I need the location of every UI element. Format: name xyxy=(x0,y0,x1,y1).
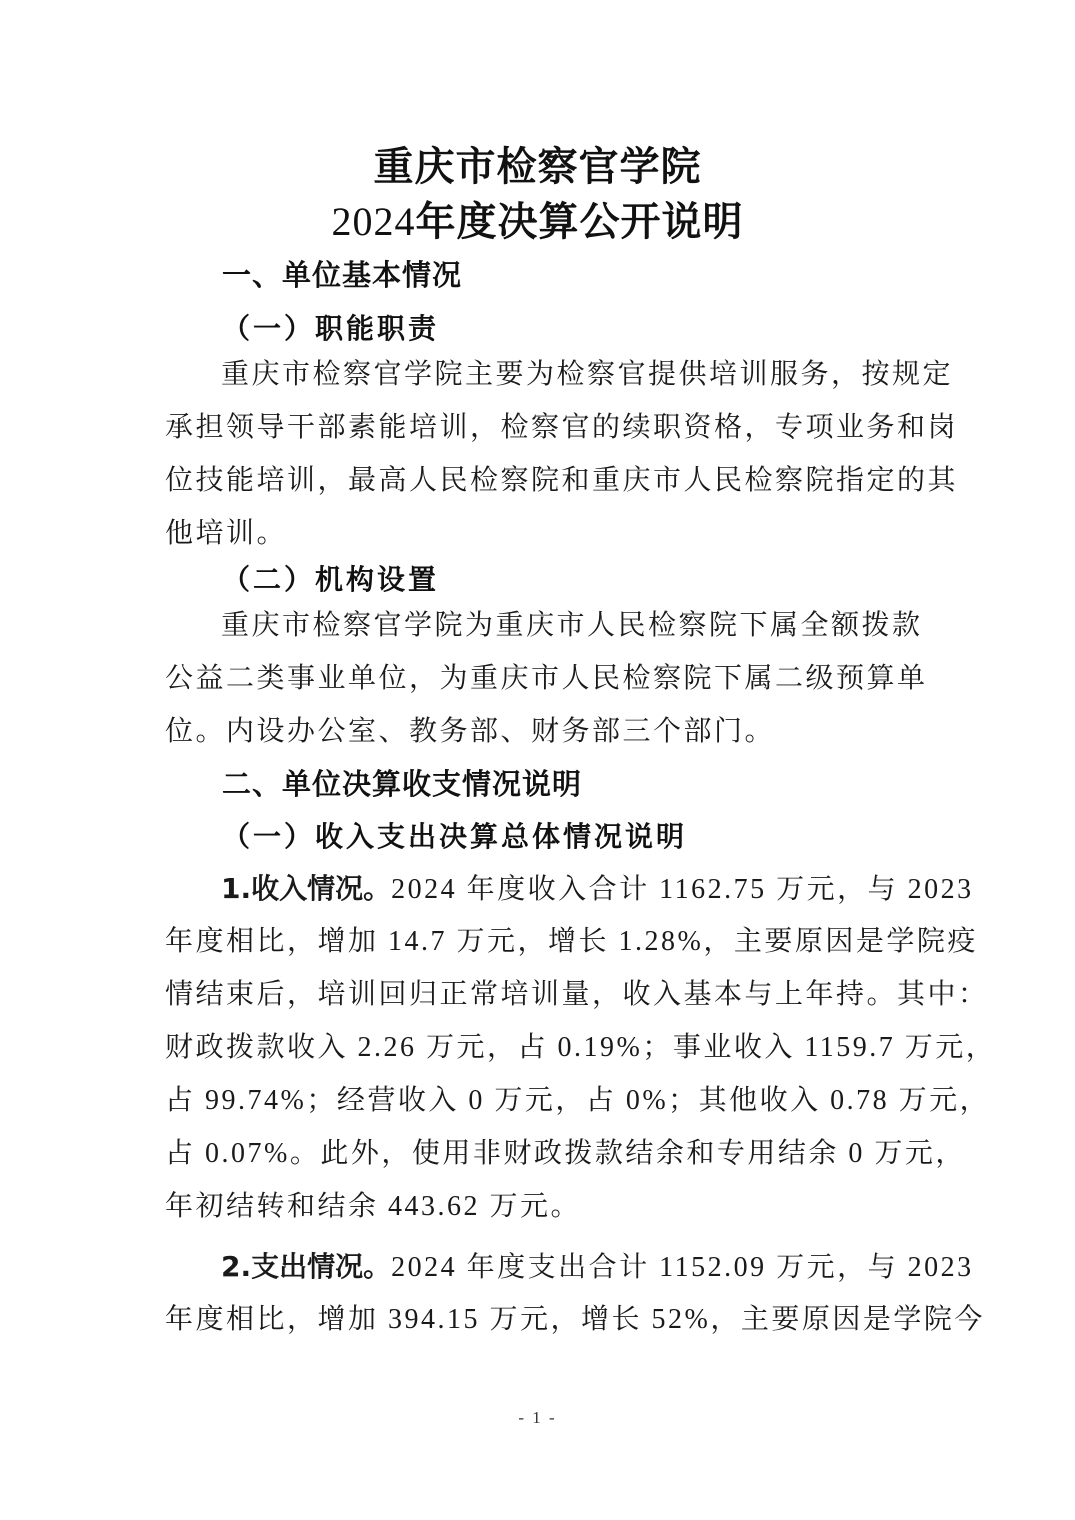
income-lead: 1.收入情况。 xyxy=(221,872,391,905)
section-2-heading: 二、单位决算收支情况说明 xyxy=(222,762,582,803)
expenditure-paragraph: 2.支出情况。2024 年度支出合计 1152.09 万元，与 2023 年度相… xyxy=(165,1240,913,1346)
paragraph-line: 他培训。 xyxy=(165,507,913,560)
paragraph-line: 2.支出情况。2024 年度支出合计 1152.09 万元，与 2023 xyxy=(165,1240,913,1293)
paragraph-line: 公益二类事业单位，为重庆市人民检察院下属二级预算单 xyxy=(165,652,913,705)
income-paragraph: 1.收入情况。2024 年度收入合计 1162.75 万元，与 2023 年度相… xyxy=(165,862,913,1233)
document-page: 重庆市检察官学院 2024年度决算公开说明 一、单位基本情况 （一）职能职责 重… xyxy=(0,0,1075,1520)
paragraph-line: 位。内设办公室、教务部、财务部三个部门。 xyxy=(165,705,913,758)
section-1-heading: 一、单位基本情况 xyxy=(222,253,462,294)
section-1-2-heading: （二）机构设置 xyxy=(222,558,439,598)
duties-paragraph: 重庆市检察官学院主要为检察官提供培训服务，按规定 承担领导干部素能培训，检察官的… xyxy=(165,348,913,560)
paragraph-line: 年初结转和结余 443.62 万元。 xyxy=(165,1180,913,1233)
paragraph-line: 位技能培训，最高人民检察院和重庆市人民检察院指定的其 xyxy=(165,454,913,507)
page-number: - 1 - xyxy=(0,1408,1075,1428)
paragraph-line: 年度相比，增加 394.15 万元，增长 52%，主要原因是学院今 xyxy=(165,1293,913,1346)
title-rest: 年度决算公开说明 xyxy=(416,199,744,244)
paragraph-line: 年度相比，增加 14.7 万元，增长 1.28%，主要原因是学院疫 xyxy=(165,915,913,968)
paragraph-line: 情结束后，培训回归正常培训量，收入基本与上年持。其中： xyxy=(165,968,913,1021)
paragraph-line: 占 0.07%。此外，使用非财政拨款结余和专用结余 0 万元， xyxy=(165,1127,913,1180)
paragraph-line: 财政拨款收入 2.26 万元，占 0.19%；事业收入 1159.7 万元， xyxy=(165,1021,913,1074)
paragraph-line: 承担领导干部素能培训，检察官的续职资格，专项业务和岗 xyxy=(165,401,913,454)
title-year: 2024 xyxy=(332,199,416,244)
paragraph-line: 占 99.74%；经营收入 0 万元，占 0%；其他收入 0.78 万元， xyxy=(165,1074,913,1127)
paragraph-line: 重庆市检察官学院为重庆市人民检察院下属全额拨款 xyxy=(165,599,913,652)
organization-paragraph: 重庆市检察官学院为重庆市人民检察院下属全额拨款 公益二类事业单位，为重庆市人民检… xyxy=(165,599,913,758)
expenditure-lead: 2.支出情况。 xyxy=(221,1250,391,1283)
section-1-1-heading: （一）职能职责 xyxy=(222,307,439,347)
document-title-line1: 重庆市检察官学院 xyxy=(0,135,1075,192)
section-2-1-heading: （一）收入支出决算总体情况说明 xyxy=(222,815,687,855)
paragraph-line: 1.收入情况。2024 年度收入合计 1162.75 万元，与 2023 xyxy=(165,862,913,915)
document-title-line2: 2024年度决算公开说明 xyxy=(0,190,1075,247)
paragraph-line: 重庆市检察官学院主要为检察官提供培训服务，按规定 xyxy=(165,348,913,401)
